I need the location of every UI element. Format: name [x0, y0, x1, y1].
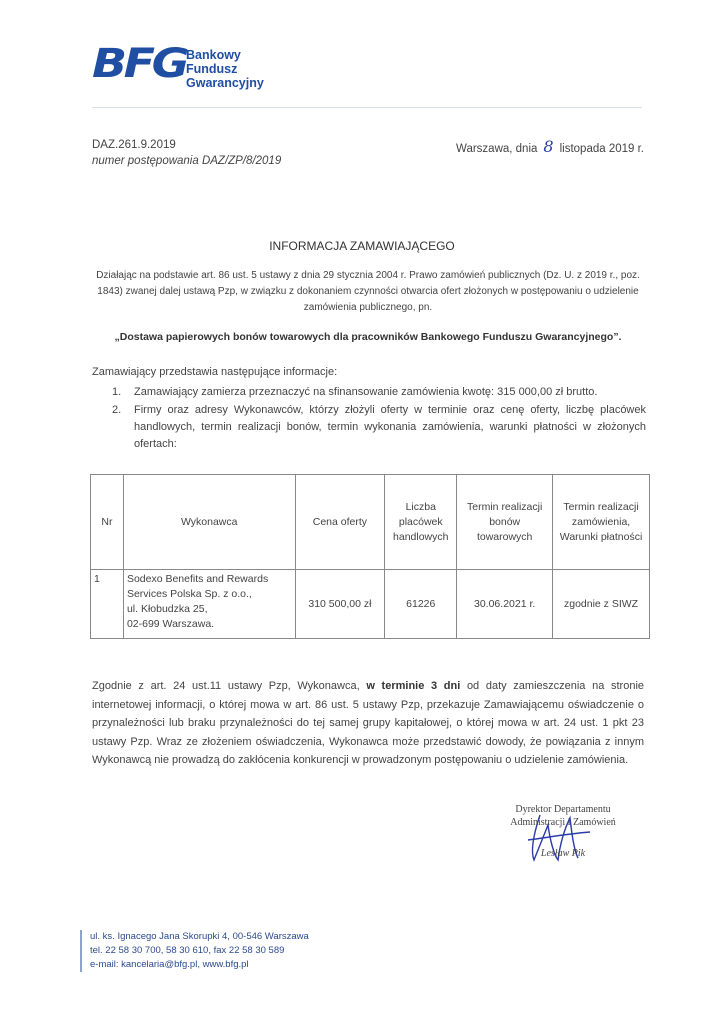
- info-list: 1. Zamawiający zamierza przeznaczyć na s…: [112, 384, 646, 454]
- cell-terms: zgodnie z SIWZ: [553, 570, 650, 639]
- date-day: 8: [537, 137, 559, 156]
- cell-outlets: 61226: [385, 570, 457, 639]
- list-number: 2.: [112, 402, 134, 453]
- signature-block: Dyrektor Departamentu Administracji i Za…: [488, 803, 638, 860]
- footer-contact: ul. ks. Ignacego Jana Skorupki 4, 00-546…: [80, 930, 309, 972]
- logo-wordmark: Bankowy Fundusz Gwarancyjny: [186, 48, 264, 90]
- offers-table: Nr Wykonawca Cena oferty Liczba placówek…: [90, 474, 650, 639]
- intro-text: Działając na podstawie art. 86 ust. 5 us…: [92, 268, 644, 316]
- procurement-subject: „Dostawa papierowych bonów towarowych dl…: [92, 331, 644, 343]
- footer-email: e-mail: kancelaria@bfg.pl, www.bfg.pl: [90, 958, 309, 972]
- list-text: Zamawiający zamierza przeznaczyć na sfin…: [134, 384, 597, 401]
- col-header-voucher-date: Termin realizacji bonów towarowych: [457, 475, 553, 570]
- bfg-logo: BFG Bankowy Fundusz Gwarancyjny: [92, 44, 174, 84]
- list-number: 1.: [112, 384, 134, 401]
- cell-price: 310 500,00 zł: [295, 570, 385, 639]
- signature-title-line: Dyrektor Departamentu: [488, 803, 638, 816]
- cell-nr: 1: [91, 570, 124, 639]
- header-divider: [92, 107, 642, 108]
- contractor-line: ul. Kłobudzka 25,: [127, 602, 292, 617]
- table-header-row: Nr Wykonawca Cena oferty Liczba placówek…: [91, 475, 650, 570]
- list-item: 2. Firmy oraz adresy Wykonawców, którzy …: [112, 402, 646, 453]
- date-suffix: listopada 2019 r.: [560, 143, 644, 155]
- reference-block: DAZ.261.9.2019 numer postępowania DAZ/ZP…: [92, 137, 281, 169]
- date-prefix: Warszawa, dnia: [456, 143, 537, 155]
- contractor-line: Sodexo Benefits and Rewards: [127, 572, 292, 587]
- contractor-line: Services Polska Sp. z o.o.,: [127, 587, 292, 602]
- paragraph-deadline: w terminie 3 dni: [366, 680, 460, 692]
- signatory-name: Lesław Pik: [488, 847, 638, 860]
- footer-address: ul. ks. Ignacego Jana Skorupki 4, 00-546…: [90, 930, 309, 944]
- cell-voucher-date: 30.06.2021 r.: [457, 570, 553, 639]
- legal-paragraph: Zgodnie z art. 24 ust.11 ustawy Pzp, Wyk…: [92, 677, 644, 770]
- paragraph-part: Zgodnie z art. 24 ust.11 ustawy Pzp, Wyk…: [92, 680, 366, 692]
- col-header-nr: Nr: [91, 475, 124, 570]
- contractor-line: 02-699 Warszawa.: [127, 617, 292, 632]
- footer-phone: tel. 22 58 30 700, 58 30 610, fax 22 58 …: [90, 944, 309, 958]
- paragraph-part: od daty zamieszczenia na stronie interne…: [92, 680, 644, 766]
- signature-title-line: Administracji i Zamówień: [488, 816, 638, 829]
- document-title: INFORMACJA ZAMAWIAJĄCEGO: [0, 239, 724, 253]
- reference-sign: DAZ.261.9.2019: [92, 137, 281, 153]
- list-text: Firmy oraz adresy Wykonawców, którzy zło…: [134, 402, 646, 453]
- table-row: 1 Sodexo Benefits and Rewards Services P…: [91, 570, 650, 639]
- col-header-contractor: Wykonawca: [123, 475, 295, 570]
- list-item: 1. Zamawiający zamierza przeznaczyć na s…: [112, 384, 646, 401]
- col-header-outlets: Liczba placówek handlowych: [385, 475, 457, 570]
- col-header-price: Cena oferty: [295, 475, 385, 570]
- logo-line: Fundusz: [186, 62, 264, 76]
- logo-line: Gwarancyjny: [186, 76, 264, 90]
- case-number: numer postępowania DAZ/ZP/8/2019: [92, 153, 281, 169]
- lead-text: Zamawiający przedstawia następujące info…: [92, 366, 337, 378]
- logo-mark: BFG: [92, 44, 186, 84]
- col-header-terms: Termin realizacji zamówienia, Warunki pł…: [553, 475, 650, 570]
- place-date: Warszawa, dnia8listopada 2019 r.: [456, 137, 644, 156]
- cell-contractor: Sodexo Benefits and Rewards Services Pol…: [123, 570, 295, 639]
- logo-line: Bankowy: [186, 48, 264, 62]
